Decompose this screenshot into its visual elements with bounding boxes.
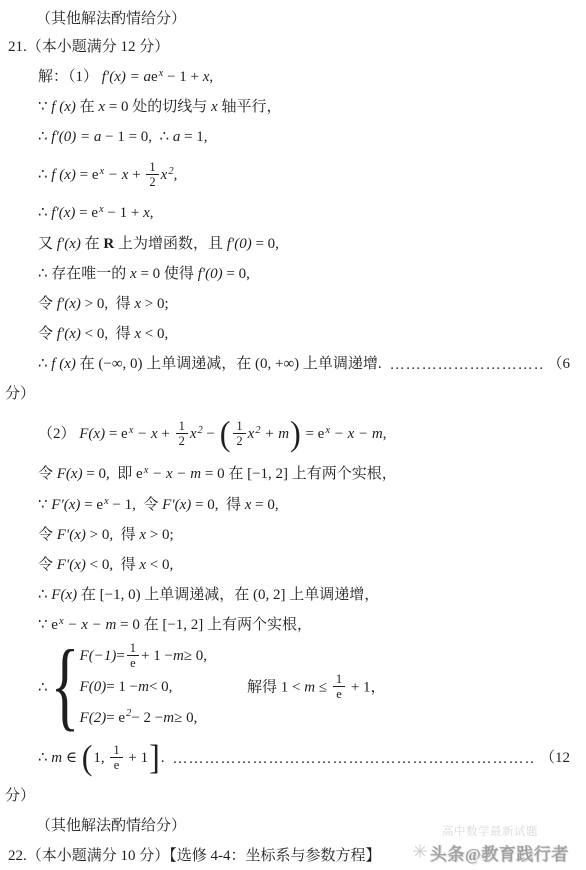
left-brace-icon: { — [50, 635, 79, 735]
line-f-expression: ∴ f (x) = ex − x + 12x2, — [0, 153, 586, 198]
dots-leader-6: …………………………………………………………………………………………………………… — [390, 350, 543, 380]
watermark-main: ✳ 头条@教育践行者 — [412, 840, 569, 865]
document-page: （其他解法酌情给分） 21.（本小题满分 12 分） 解：（1） f′(x) =… — [0, 0, 586, 870]
line-monotonicity-conclusion: ∴ f (x) 在 (−∞, 0) 上单调递减，在 (0, +∞) 上单调递增.… — [0, 349, 586, 379]
line-Fprime-negative: 令 F′(x) < 0, 得 x < 0, — [0, 550, 586, 580]
line-F-derivative: ∵ F′(x) = ex − 1, 令 F′(x) = 0, 得 x = 0, — [0, 490, 586, 520]
score-wrap-6: 分） — [0, 379, 586, 409]
line-fprime-negative: 令 f′(x) < 0, 得 x < 0, — [0, 319, 586, 349]
line-F-roots-condition: 令 F(x) = 0, 即 ex − x − m = 0 在 [−1, 2] 上… — [0, 459, 586, 490]
score-mark-12: （12 — [540, 735, 570, 781]
line-F-definition: （2） F(x) = ex − x + 12x2 − (12x2 + m) = … — [0, 409, 586, 459]
note-other-solutions-top: （其他解法酌情给分） — [0, 6, 586, 32]
therefore-symbol: ∴ — [38, 678, 48, 697]
system-row-1: F(−1) = 1e + 1 − m ≥ 0, — [80, 641, 208, 672]
line-F-monotonicity: ∴ F(x) 在 [−1, 0) 上单调递减，在 (0, 2] 上单调递增， — [0, 580, 586, 610]
equation-system: ∴ { F(−1) = 1e + 1 − m ≥ 0, F(0) = 1 − m… — [0, 640, 586, 735]
line-Fprime-positive: 令 F′(x) > 0, 得 x > 0; — [0, 520, 586, 550]
system-row-3: F(2) = e2 − 2 − m ≥ 0, — [80, 703, 208, 734]
watermark-ghost-text: 高中数学最新试题 — [442, 823, 538, 839]
score-wrap-12: 分） — [0, 781, 586, 811]
monotonicity-text: ∴ f (x) 在 (−∞, 0) 上单调递减，在 (0, +∞) 上单调递增. — [38, 349, 382, 379]
system-rows: F(−1) = 1e + 1 − m ≥ 0, F(0) = 1 − m < 0… — [80, 641, 208, 734]
watermark: 高中数学最新试题 ✳ 头条@教育践行者 — [412, 822, 584, 868]
line-tangent-condition: ∵ f (x) 在 x = 0 处的切线与 x 轴平行， — [0, 92, 586, 122]
dots-leader-12: …………………………………………………………………………………………………………… — [173, 736, 535, 782]
line-m-range-conclusion: ∴ m ∈ (1, 1e + 1]. ………………………………………………………… — [0, 735, 586, 781]
system-solution: 解得 1 < m ≤ 1e + 1， — [247, 673, 386, 703]
line-two-roots: ∵ ex − x − m = 0 在 [−1, 2] 上有两个实根， — [0, 610, 586, 640]
line-increasing-on-R: 又 f′(x) 在 R 上为增函数，且 f′(0) = 0, — [0, 229, 586, 259]
m-range-text: ∴ m ∈ (1, 1e + 1]. — [38, 735, 165, 781]
line-solve-a: ∴ f′(0) = a − 1 = 0, ∴ a = 1, — [0, 122, 586, 153]
watermark-logo-icon: ✳ — [412, 843, 428, 862]
line-derivative-given: 解：（1） f′(x) = aex − 1 + x, — [0, 62, 586, 92]
watermark-text: 头条@教育践行者 — [430, 840, 569, 865]
line-f-derivative: ∴ f′(x) = ex − 1 + x, — [0, 198, 586, 229]
system-row-2: F(0) = 1 − m < 0, — [80, 672, 208, 703]
question-21-header: 21.（本小题满分 12 分） — [0, 32, 586, 62]
line-unique-zero: ∴ 存在唯一的 x = 0 使得 f′(0) = 0, — [0, 259, 586, 289]
line-fprime-positive: 令 f′(x) > 0, 得 x > 0; — [0, 289, 586, 319]
score-mark-6: （6 — [547, 349, 570, 379]
